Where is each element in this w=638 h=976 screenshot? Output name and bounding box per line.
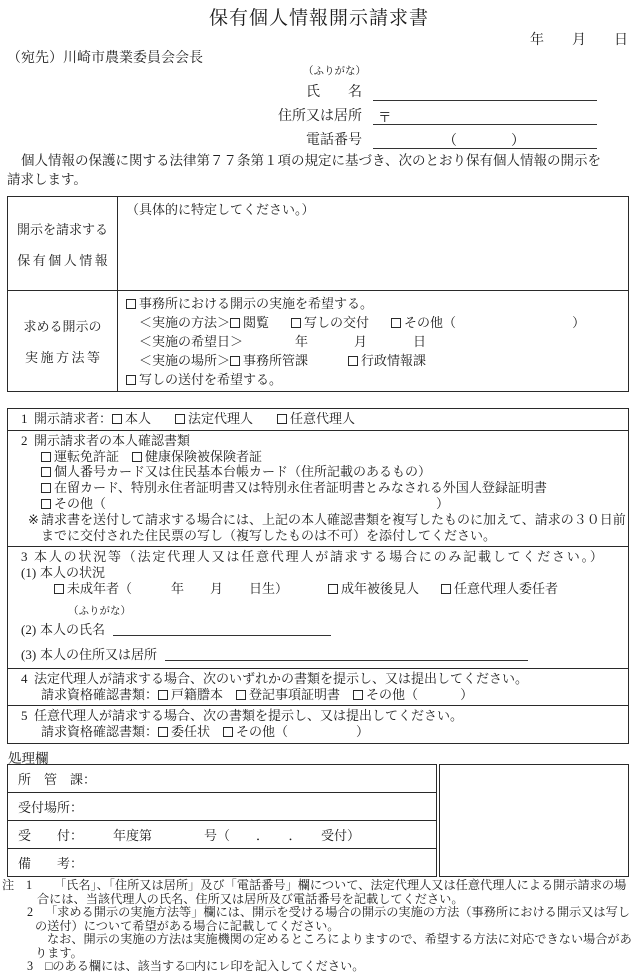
reception-fields: 年度第 号（ ． ． 受付） (113, 825, 360, 844)
requested-info-header-line1: 開示を請求する (17, 219, 108, 238)
section-2-title-line: 2開示請求者の本人確認書類 (14, 433, 622, 449)
delegator-label: 任意代理人委任者 (454, 581, 558, 596)
address-input-line[interactable] (373, 106, 597, 125)
specify-note: （具体的に特定してください。） (126, 200, 620, 219)
method-line: ＜実施の方法＞閲覧写しの交付その他（） (126, 313, 620, 332)
method-other-label: その他（ (404, 315, 456, 330)
section-5-title-line: 5任意代理人が請求する場合、次の書類を提示し、又は提出してください。 (14, 708, 622, 724)
mail-note-text1: 請求書を送付して請求する場合には、上記の本人確認書類を複写したものに加えて、請求… (41, 512, 626, 527)
phone-label: 電話番号 (0, 129, 362, 149)
drivers-license-checkbox[interactable] (41, 452, 51, 462)
remarks-label: 備 考： (18, 853, 83, 872)
legal-agent-label: 法定代理人 (188, 411, 253, 426)
requested-info-header-line2: 保有個人情報 (17, 250, 110, 269)
managing-section-label: 所 管 課： (18, 769, 96, 788)
my-number-card-checkbox[interactable] (41, 467, 51, 477)
health-insurance-checkbox[interactable] (132, 452, 142, 462)
desired-date-line: ＜実施の希望日＞年月日 (126, 332, 620, 351)
section-4: 4法定代理人が請求する場合、次のいずれかの書類を提示し、又は提出してください。 … (8, 668, 628, 706)
desired-date-year: 年 (295, 334, 308, 349)
phone-paren-open: （ (443, 130, 457, 150)
furigana-label: （ふりがな） (303, 63, 366, 78)
note-3-text: □のある欄には、該当する□内にレ印を記入してください。 (45, 959, 364, 973)
principal-address-input-line[interactable] (165, 648, 528, 661)
address-label: 住所又は居所 (0, 105, 362, 125)
admin-info-section-label: 行政情報課 (361, 353, 426, 368)
method-other-blank[interactable] (456, 326, 572, 327)
mail-note-line1: ※請求書を送付して請求する場合には、上記の本人確認書類を複写したものに加えて、請… (14, 512, 622, 528)
section-5: 5任意代理人が請求する場合、次の書類を提示し、又は提出してください。 請求資格確… (8, 705, 628, 743)
qualification-docs-label: 請求資格確認書類： (41, 687, 158, 702)
power-of-attorney-checkbox[interactable] (158, 727, 168, 737)
disclosure-method-cell: 事務所における開示の実施を希望する。 ＜実施の方法＞閲覧写しの交付その他（） ＜… (118, 291, 628, 391)
voluntary-other-blank[interactable] (288, 735, 356, 736)
office-disclosure-line: 事務所における開示の実施を希望する。 (126, 294, 620, 313)
desired-date-month: 月 (354, 334, 367, 349)
section-1-number: 1 (14, 411, 34, 427)
legal-other-blank[interactable] (418, 698, 460, 699)
phone-paren-close: ） (511, 130, 525, 150)
section-4-number: 4 (14, 671, 34, 687)
voluntary-other-close: ） (356, 724, 369, 739)
residence-card-label: 在留カード、特別永住者証明書又は特別永住者証明書とみなされる外国人登録証明書 (54, 480, 547, 495)
principal-status-title: 本人の状況等（法定代理人又は任意代理人が請求する場合にのみ記載してください。） (34, 549, 605, 564)
disclosure-method-header-line1: 求める開示の (23, 316, 101, 335)
request-table: 開示を請求する 保有個人情報 （具体的に特定してください。） 求める開示の 実施… (7, 196, 629, 392)
view-checkbox[interactable] (230, 318, 240, 328)
principal-status-q1: (1)本人の状況 (14, 565, 622, 581)
identity-docs-line1: 運転免許証健康保険被保険者証 (14, 449, 622, 465)
copy-issue-checkbox[interactable] (291, 318, 301, 328)
addressee: （宛先）川崎市農業委員会会長 (7, 47, 203, 67)
section-1: 1開示請求者：本人法定代理人任意代理人 (8, 409, 628, 430)
adult-ward-checkbox[interactable] (328, 584, 338, 594)
identity-other-blank[interactable] (106, 507, 436, 508)
identity-docs-line3: 在留カード、特別永住者証明書又は特別永住者証明書とみなされる外国人登録証明書 (14, 480, 622, 496)
footnotes: 注1「氏名」、「住所又は居所」及び「電話番号」欄について、法定代理人又は任意代理… (2, 879, 638, 974)
desired-date-day: 日 (413, 334, 426, 349)
note-1-number: 1 (26, 879, 54, 893)
note-2-line-3: なお、開示の実施の方法は実施機関の定めるところによりますので、希望する方法に対応… (2, 933, 638, 947)
identity-docs-line2: 個人番号カード又は住民基本台帳カード（住所記載のあるもの） (14, 464, 622, 480)
principal-furigana-label: （ふりがな） (14, 606, 622, 618)
q1-label: 本人の状況 (40, 565, 105, 580)
principal-name-input-line[interactable] (113, 623, 331, 636)
processing-stamp-box (439, 764, 629, 877)
send-copy-label: 写しの送付を希望する。 (139, 372, 282, 387)
note-1-line-1: 注1「氏名」、「住所又は居所」及び「電話番号」欄について、法定代理人又は任意代理… (2, 879, 638, 893)
name-label: 氏 名 (0, 81, 362, 101)
voluntary-agent-docs-title: 任意代理人が請求する場合、次の書類を提示し、又は提出してください。 (34, 708, 463, 723)
note-3-number: 3 (27, 960, 45, 974)
legal-agent-docs-title: 法定代理人が請求する場合、次のいずれかの書類を提示し、又は提出してください。 (34, 671, 528, 686)
power-of-attorney-label: 委任状 (171, 724, 210, 739)
section-3-title-line: 3本人の状況等（法定代理人又は任意代理人が請求する場合にのみ記載してください。） (14, 549, 622, 565)
method-other-close: ） (572, 315, 585, 330)
name-input-line[interactable] (373, 82, 597, 101)
q3-number: (3) (14, 645, 40, 665)
requested-info-cell[interactable]: （具体的に特定してください。） (118, 197, 628, 290)
q1-number: (1) (14, 565, 40, 581)
processing-table: 所 管 課： 受付場所： 受 付：年度第 号（ ． ． 受付） 備 考： (7, 764, 629, 877)
section-2: 2開示請求者の本人確認書類 運転免許証健康保険被保険者証 個人番号カード又は住民… (8, 430, 628, 547)
remarks-row[interactable]: 備 考： (8, 848, 436, 876)
disclosure-method-header-line2: 実施方法等 (25, 347, 103, 366)
office-section-checkbox[interactable] (230, 356, 240, 366)
note-2-line-4: ります。 (2, 947, 638, 961)
place-line: ＜実施の場所＞事務所管課行政情報課 (126, 351, 620, 370)
reception-place-row[interactable]: 受付場所： (8, 792, 436, 820)
note-2-text-1: 「求める開示の実施方法等」欄には、開示を受ける場合の開示の実施の方法（事務所にお… (45, 905, 630, 919)
legal-agent-checkbox[interactable] (175, 414, 185, 424)
office-disclosure-label: 事務所における開示の実施を希望する。 (139, 296, 373, 311)
q2-number: (2) (14, 620, 40, 640)
minor-checkbox[interactable] (54, 584, 64, 594)
minor-label: 未成年者（ 年 月 日生） (67, 581, 288, 596)
note-2-text-4: ります。 (35, 946, 83, 960)
my-number-card-label: 個人番号カード又は住民基本台帳カード（住所記載のあるもの） (54, 464, 431, 479)
copy-issue-label: 写しの交付 (304, 315, 369, 330)
page-title: 保有個人情報開示請求書 (0, 3, 638, 30)
legal-other-label: その他（ (366, 687, 418, 702)
adult-ward-label: 成年被後見人 (341, 581, 419, 596)
managing-section-row[interactable]: 所 管 課： (8, 765, 436, 792)
section-4-title-line: 4法定代理人が請求する場合、次のいずれかの書類を提示し、又は提出してください。 (14, 671, 622, 687)
postal-mark: 〒 (378, 106, 392, 126)
registration-cert-label: 登記事項証明書 (249, 687, 340, 702)
identity-other-close: ） (436, 496, 449, 511)
legal-other-checkbox[interactable] (353, 690, 363, 700)
desired-date-label: ＜実施の希望日＞ (139, 334, 243, 349)
voluntary-other-checkbox[interactable] (223, 727, 233, 737)
date-line: 年 月 日 (530, 29, 628, 49)
note-asterisk: ※ (28, 512, 41, 528)
office-section-label: 事務所管課 (243, 353, 308, 368)
section-3-number: 3 (14, 549, 34, 565)
requested-info-row: 開示を請求する 保有個人情報 （具体的に特定してください。） (8, 197, 628, 290)
processing-left-table: 所 管 課： 受付場所： 受 付：年度第 号（ ． ． 受付） 備 考： (7, 764, 437, 877)
registration-cert-checkbox[interactable] (236, 690, 246, 700)
requested-info-header: 開示を請求する 保有個人情報 (8, 197, 118, 290)
disclosure-method-row: 求める開示の 実施方法等 事務所における開示の実施を希望する。 ＜実施の方法＞閲… (8, 290, 628, 391)
disclosure-method-header: 求める開示の 実施方法等 (8, 291, 118, 391)
intro-paragraph: 個人情報の保護に関する法律第７７条第１項の規定に基づき、次のとおり保有個人情報の… (7, 151, 633, 189)
note-2-number: 2 (27, 906, 45, 920)
sections-table: 1開示請求者：本人法定代理人任意代理人 2開示請求者の本人確認書類 運転免許証健… (7, 408, 629, 744)
mail-note-line2: までに交付された住民票の写し（複写したものは不可）を添付してください。 (14, 528, 622, 544)
family-register-checkbox[interactable] (158, 690, 168, 700)
section-1-line: 1開示請求者：本人法定代理人任意代理人 (14, 411, 622, 427)
note-2-line-2: の送付）について希望がある場合に記載してください。 (2, 920, 638, 934)
health-insurance-label: 健康保険被保険者証 (145, 449, 262, 464)
reception-label: 受 付： (18, 825, 83, 844)
principal-address-label: 本人の住所又は居所 (40, 647, 157, 662)
note-2-text-3: なお、開示の実施の方法は実施機関の定めるところによりますので、希望する方法に対応… (47, 932, 632, 946)
method-label: ＜実施の方法＞ (139, 315, 230, 330)
note-3-line-1: 3□のある欄には、該当する□内にレ印を記入してください。 (2, 960, 638, 974)
intro-line-2: 請求します。 (7, 170, 633, 189)
family-register-label: 戸籍謄本 (171, 687, 223, 702)
note-1-line-2: 合には、当該代理人の氏名、住所又は居所及び電話番号を記載してください。 (2, 893, 638, 907)
principal-name-line: (2)本人の氏名 (14, 620, 622, 640)
delegator-checkbox[interactable] (441, 584, 451, 594)
note-1-text-2: 合には、当該代理人の氏名、住所又は居所及び電話番号を記載してください。 (37, 892, 464, 906)
office-disclosure-checkbox[interactable] (126, 299, 136, 309)
principal-address-line: (3)本人の住所又は居所 (14, 645, 622, 665)
view-label: 閲覧 (243, 315, 269, 330)
reception-place-label: 受付場所： (18, 797, 83, 816)
qualification-docs-label-2: 請求資格確認書類： (41, 724, 158, 739)
identity-docs-title: 開示請求者の本人確認書類 (34, 433, 190, 448)
section-2-number: 2 (14, 433, 34, 449)
drivers-license-label: 運転免許証 (54, 449, 119, 464)
section-3: 3本人の状況等（法定代理人又は任意代理人が請求する場合にのみ記載してください。）… (8, 546, 628, 667)
admin-info-section-checkbox[interactable] (348, 356, 358, 366)
voluntary-other-label: その他（ (236, 724, 288, 739)
voluntary-agent-label: 任意代理人 (290, 411, 355, 426)
requester-label: 開示請求者： (34, 411, 112, 426)
send-copy-checkbox[interactable] (126, 375, 136, 385)
self-checkbox[interactable] (112, 414, 122, 424)
identity-other-label: その他（ (54, 496, 106, 511)
self-label: 本人 (125, 411, 151, 426)
mail-note-text2: までに交付された住民票の写し（複写したものは不可）を添付してください。 (41, 528, 496, 543)
phone-input-line[interactable] (373, 130, 597, 149)
section-5-number: 5 (14, 708, 34, 724)
identity-other-checkbox[interactable] (41, 499, 51, 509)
note-2-text-2: の送付）について希望がある場合に記載してください。 (35, 919, 339, 933)
note-mark: 注 (2, 879, 26, 893)
method-other-checkbox[interactable] (391, 318, 401, 328)
reception-row[interactable]: 受 付：年度第 号（ ． ． 受付） (8, 820, 436, 848)
legal-other-close: ） (460, 687, 473, 702)
principal-status-options: 未成年者（ 年 月 日生）成年被後見人任意代理人委任者 (14, 581, 622, 597)
place-label: ＜実施の場所＞ (139, 353, 230, 368)
principal-name-label: 本人の氏名 (40, 622, 105, 637)
note-1-text-1: 「氏名」、「住所又は居所」及び「電話番号」欄について、法定代理人又は任意代理人に… (54, 878, 626, 892)
note-2-line-1: 2「求める開示の実施方法等」欄には、開示を受ける場合の開示の実施の方法（事務所に… (2, 906, 638, 920)
identity-docs-line4: その他（） (14, 496, 622, 512)
voluntary-agent-checkbox[interactable] (277, 414, 287, 424)
intro-line-1: 個人情報の保護に関する法律第７７条第１項の規定に基づき、次のとおり保有個人情報の… (7, 151, 633, 170)
legal-agent-docs-line: 請求資格確認書類：戸籍謄本登記事項証明書その他（） (14, 687, 622, 703)
residence-card-checkbox[interactable] (41, 483, 51, 493)
voluntary-agent-docs-line: 請求資格確認書類：委任状その他（） (14, 724, 622, 740)
send-copy-line: 写しの送付を希望する。 (126, 370, 620, 389)
